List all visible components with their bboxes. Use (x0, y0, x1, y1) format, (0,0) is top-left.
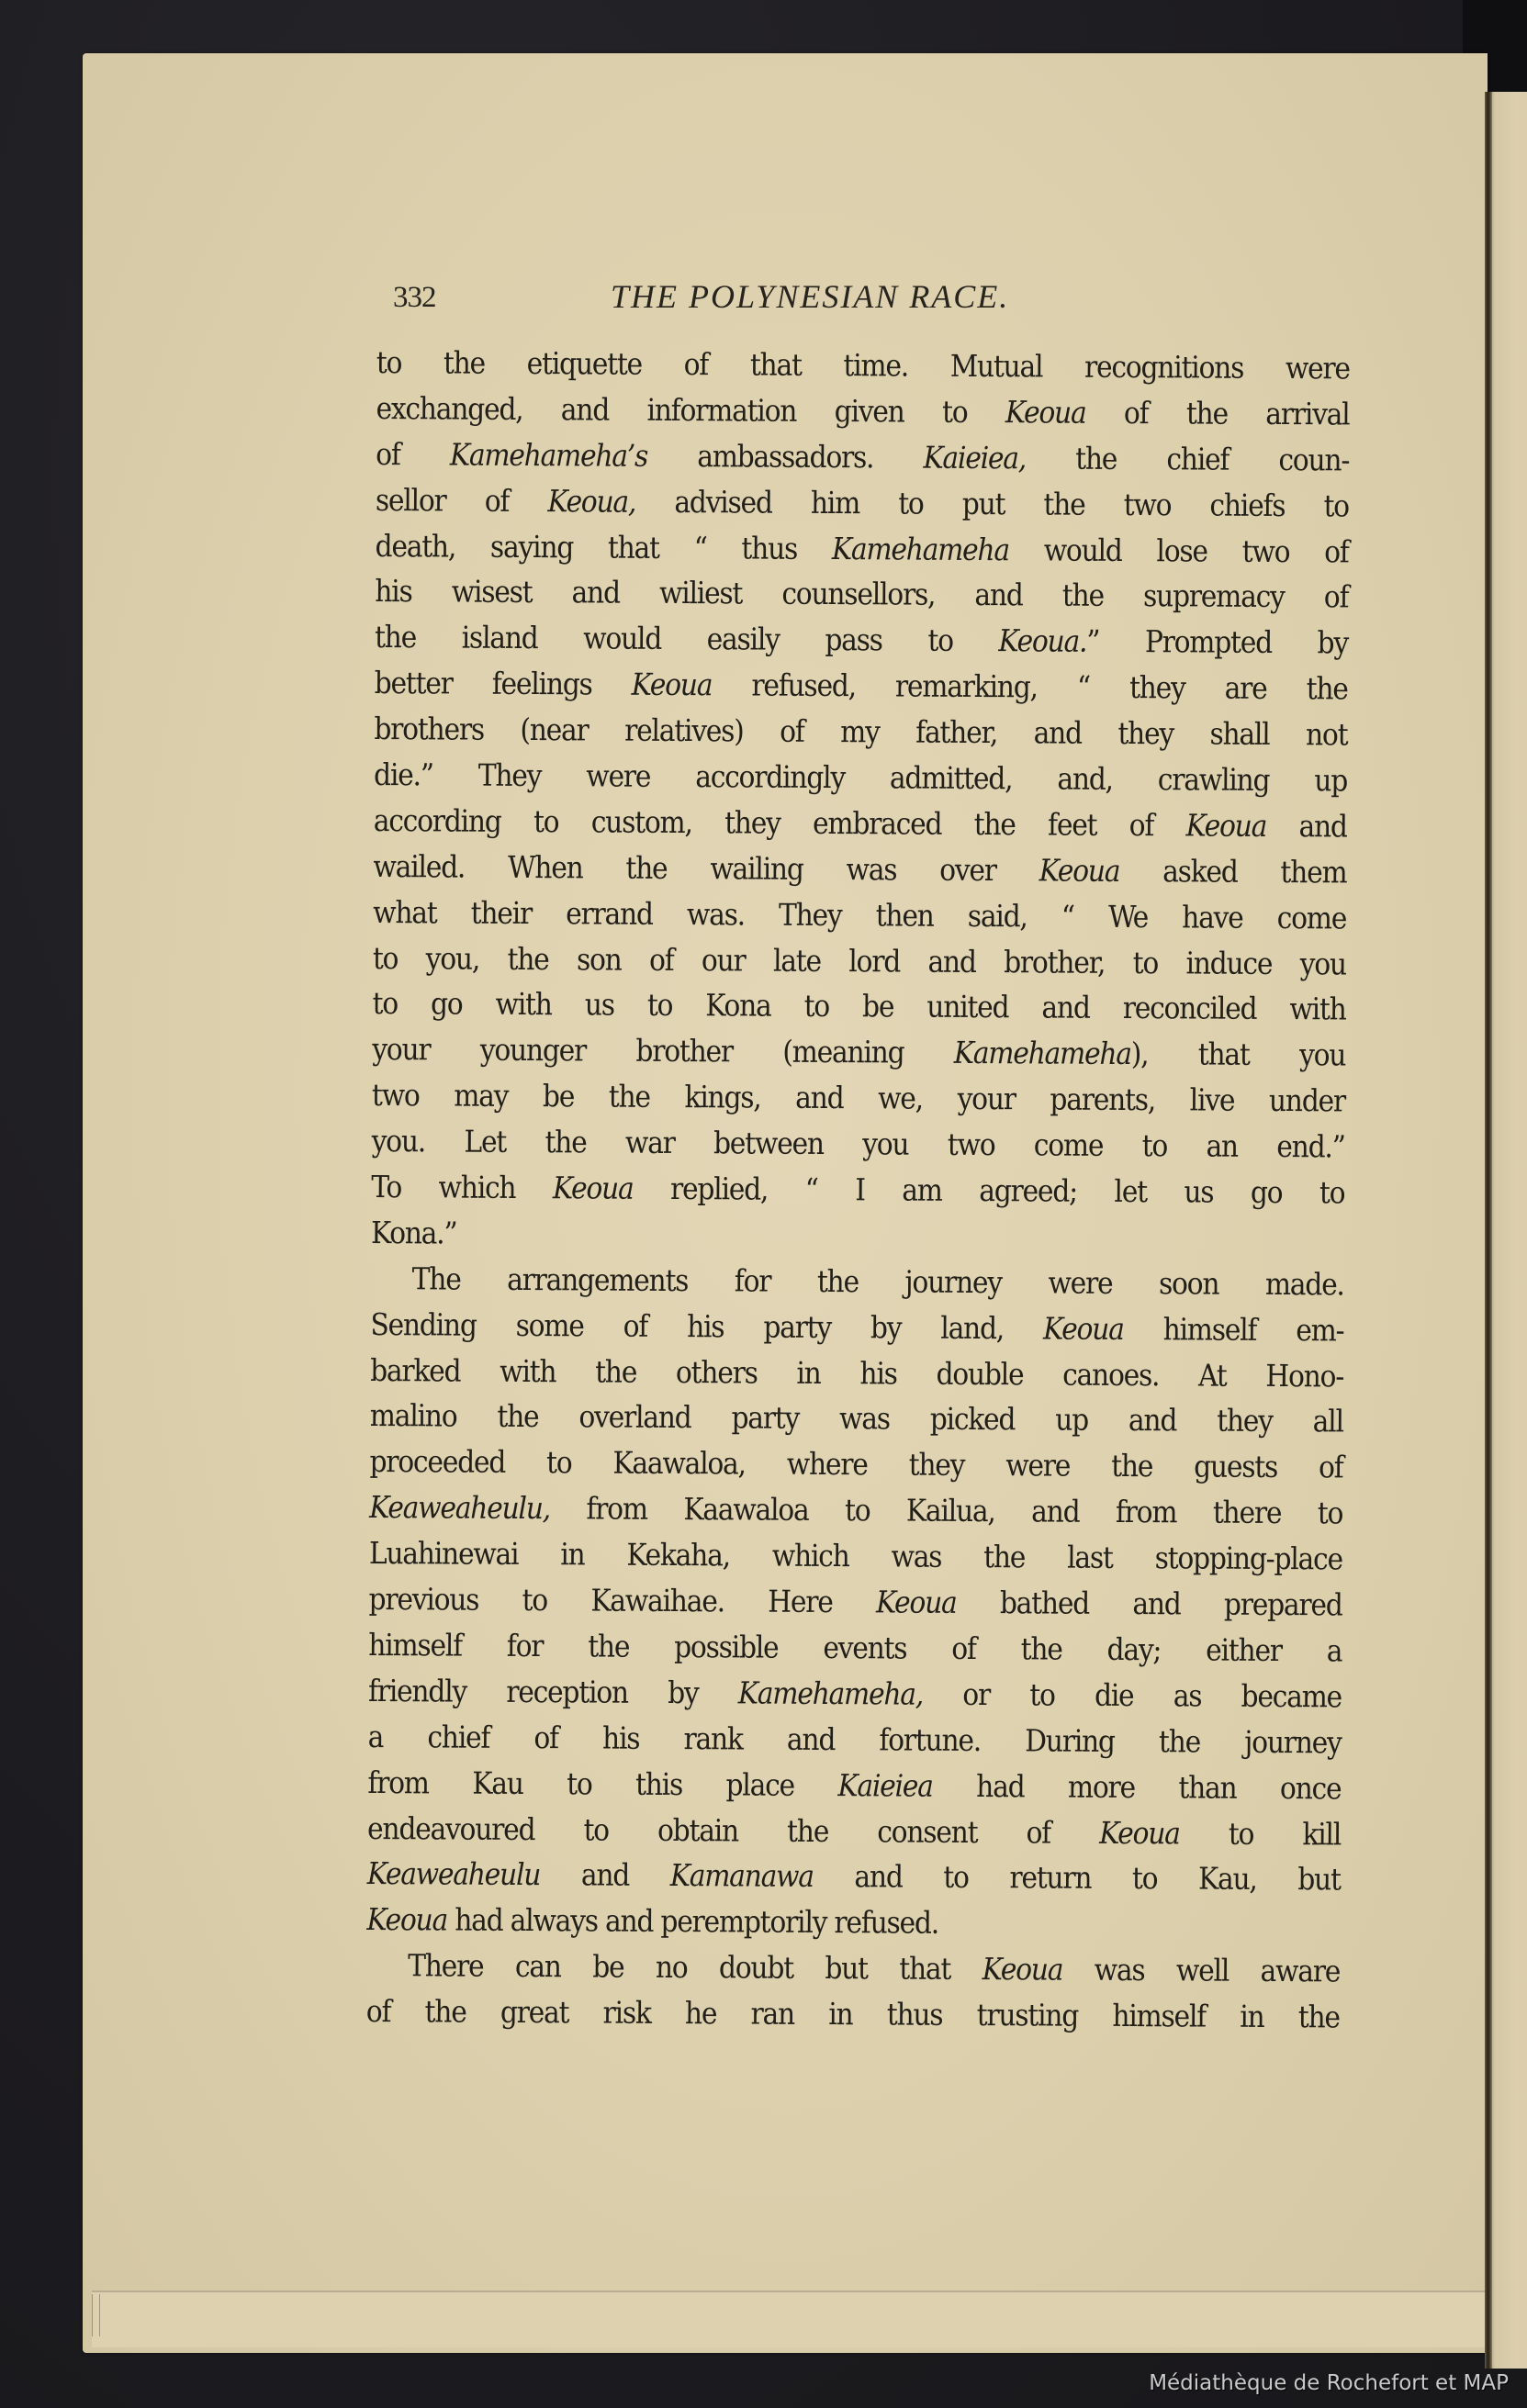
text-line: friendly reception by Kamehameha, or to … (368, 1668, 1342, 1719)
text-line: you. Let the war between you two come to… (372, 1118, 1345, 1170)
text-line: Keoua had always and peremptorily refuse… (366, 1897, 1340, 1948)
text-line: exchanged, and information given to Keou… (376, 386, 1349, 437)
page-number: 332 (393, 281, 436, 315)
text-line: death, saying that “ thus Kamehameha wou… (375, 523, 1348, 575)
text-line: the island would easily pass to Keoua.” … (375, 614, 1348, 666)
text-line: to the etiquette of that time. Mutual re… (376, 340, 1350, 391)
page-bottom-fold (92, 2290, 1485, 2347)
text-line: proceeded to Kaawaloa, where they were t… (369, 1439, 1342, 1490)
fold-line (99, 2294, 100, 2336)
text-line: barked with the others in his double can… (370, 1348, 1343, 1399)
body-text: to the etiquette of that time. Mutual re… (366, 340, 1350, 2040)
running-head: 332 THE POLYNESIAN RACE. (393, 275, 1348, 321)
fold-line (92, 2294, 93, 2336)
text-line: to go with us to Kona to be united and r… (372, 980, 1345, 1032)
text-line: Sending some of his party by land, Keoua… (370, 1302, 1343, 1353)
text-line: his wisest and wiliest counsellors, and … (375, 568, 1348, 620)
text-line: of the great risk he ran in thus trustin… (366, 1988, 1340, 2040)
text-line: The arrangements for the journey were so… (371, 1256, 1344, 1307)
text-line: to you, the son of our late lord and bro… (373, 935, 1346, 987)
text-line: Kona.” (371, 1210, 1344, 1261)
text-line: Keaweaheulu, from Kaawaloa to Kailua, an… (369, 1484, 1342, 1536)
text-line: a chief of his rank and fortune. During … (368, 1714, 1342, 1765)
text-line: what their errand was. They then said, “… (373, 890, 1346, 941)
watermark: Médiathèque de Rochefort et MAP (1149, 2371, 1509, 2395)
text-line: himself for the possible events of the d… (368, 1622, 1342, 1674)
paragraph: The arrangements for the journey were so… (366, 1256, 1344, 1949)
text-line: malino the overland party was picked up … (370, 1393, 1343, 1444)
paragraph: There can be no doubt but that Keoua was… (366, 1943, 1341, 2040)
text-line: better feelings Keoua refused, remarking… (375, 660, 1348, 711)
text-line: Luahinewai in Kekaha, which was the last… (369, 1530, 1342, 1582)
text-line: die.” They were accordingly admitted, an… (374, 752, 1347, 803)
text-line: brothers (near relatives) of my father, … (374, 706, 1347, 757)
text-line: your younger brother (meaning Kamehameha… (372, 1026, 1345, 1078)
text-line: according to custom, they embraced the f… (374, 798, 1347, 849)
text-line: There can be no doubt but that Keoua was… (366, 1943, 1340, 1994)
book-gutter (1485, 92, 1492, 2369)
text-line: of Kamehameha’s ambassadors. Kaieiea, th… (376, 431, 1349, 483)
text-line: two may be the kings, and we, your paren… (372, 1072, 1345, 1124)
text-line: previous to Kawaihae. Here Keoua bathed … (368, 1576, 1342, 1628)
text-line: To which Keoua replied, “ I am agreed; l… (371, 1164, 1344, 1215)
text-line: from Kau to this place Kaieiea had more … (367, 1760, 1341, 1811)
text-line: sellor of Keoua, advised him to put the … (376, 477, 1349, 529)
text-line: wailed. When the wailing was over Keoua … (373, 844, 1346, 895)
text-line: Keaweaheulu and Kamanawa and to return t… (367, 1851, 1341, 1902)
facing-page-edge (1489, 92, 1527, 2369)
running-title: THE POLYNESIAN RACE. (611, 277, 1009, 316)
paragraph: to the etiquette of that time. Mutual re… (371, 340, 1350, 1261)
text-line: endeavoured to obtain the consent of Keo… (367, 1805, 1341, 1856)
